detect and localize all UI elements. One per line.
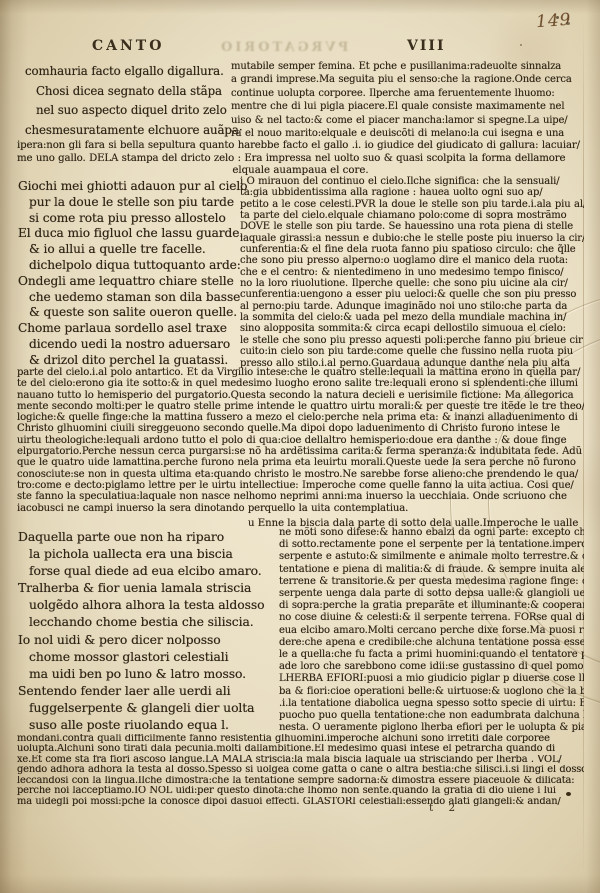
commentary-column-1: mutabile semper femina. Et pche e pusill… — [231, 60, 584, 140]
verse-line: fuggelserpente & glangeli dier uolta — [18, 699, 274, 716]
commentary-line: puocho puo quella tentatione:che non ead… — [279, 710, 584, 722]
commentary-line: ba & fiori:cioe operationi belle:& uirtu… — [279, 686, 584, 698]
commentary-line: Christo glhuomini ciuili sireggeuono sec… — [17, 423, 584, 434]
verse-column-2: Giochi mei ghiotti adauon pur al cielopu… — [18, 179, 234, 369]
commentary-line: di sotto.rectamente pone el serpente per… — [279, 539, 584, 551]
commentary-line: no cose diuine & celesti:& il serpente t… — [279, 612, 584, 624]
commentary-line: nesta. O ueramente piglono lherba efiori… — [279, 722, 584, 734]
commentary-line: terrene & transitorie.& per questa medes… — [279, 576, 584, 588]
running-header-canto: CANTO — [92, 38, 164, 54]
commentary-line: le a quella:che fu facta a primi huomini… — [279, 649, 584, 661]
verse-column-1: comhauria facto elgallo digallura.Chosi … — [25, 62, 231, 140]
verse-line: chesmesuratamente elchuore auãpa· — [25, 121, 231, 141]
verse-line: Chome parlaua sordello asel traxe — [18, 321, 234, 337]
verse-line: suso alle poste riuolando equa l. — [18, 716, 274, 733]
commentary-line: nauano tutto lo hemisperio del purgatori… — [17, 390, 584, 401]
verse-line: Tralherba & fior uenia lamala striscia — [18, 579, 274, 596]
commentary-line: laquale girassi:a nessun e dubio:che le … — [240, 233, 584, 244]
book-page: CANTO PVRGATORIO VIII 149 comhauria fact… — [0, 0, 600, 893]
commentary-line: gendo adhora adhora la testa al dosso.Sp… — [17, 765, 584, 775]
commentary-line: uiso & nel tacto:& come el piacer mancha… — [231, 114, 584, 127]
commentary-line: ade loro che sarebbono come idii:se gust… — [279, 661, 584, 673]
commentary-line: mutabile semper femina. Et pche e pusill… — [231, 60, 584, 73]
commentary-line: cuito:in cielo son piu tarde:come quelle… — [240, 346, 584, 357]
commentary-line: ipera:non gli fara si bella sepultura qu… — [17, 139, 584, 152]
verse-line: dichelpolo diqua tuttoquanto arde: — [18, 258, 234, 274]
commentary-line: che sono piu presso alperno:o uoglamo di… — [240, 255, 584, 266]
commentary-line: te del cielo:erono gia ite sotto:& in qu… — [17, 378, 584, 389]
commentary-line: mondani.contra quali difficilmente fanno… — [17, 734, 584, 744]
verse-line: Sentendo fender laer alle uerdi ali — [18, 682, 274, 699]
commentary-line: ne mõti sono difese:& hanno ebalzi da og… — [279, 527, 584, 539]
verse-line: pur la doue le stelle son piu tarde — [18, 195, 234, 211]
verse-line: lecchando chome bestia che siliscia. — [18, 613, 274, 630]
commentary-line: conosciute:se non in questa ultima eta:q… — [17, 469, 584, 480]
ink-speck — [520, 44, 522, 46]
commentary-column-2: i O mirauon del continuo el cielo.Ilche … — [240, 176, 584, 369]
verse-line: Ondegli ame lequattro chiare stelle — [18, 274, 234, 290]
commentary-line: uirtu theologiche:lequali ardono tutto e… — [17, 435, 584, 446]
commentary-line: dere:che apena e credibile:che alchuna t… — [279, 637, 584, 649]
verse-line: & queste son salite oueron quelle. — [18, 305, 234, 321]
commentary-line: ma uidegli poi mossi:pche la conosce dip… — [17, 797, 584, 807]
commentary-line: mente secondo molti:per le quatro stelle… — [17, 401, 584, 412]
commentary-line: petito a le cose celesti.PVR la doue le … — [240, 199, 584, 210]
verse-line: chome mossor glastori celestiali — [18, 648, 274, 665]
commentary-line: elpurgatorio.Perche nessun cerca purgars… — [17, 446, 584, 457]
commentary-line: cunferentia:uengono a esser piu ueloci:&… — [240, 289, 584, 300]
commentary-line: serpente e astuto:& similmente e animale… — [279, 551, 584, 563]
commentary-line: continue uolupta corporee. Ilperche ama … — [231, 87, 584, 100]
showthrough-ghost-text: PVRGATORIO — [218, 40, 348, 55]
commentary-fullwidth-1: ipera:non gli fara si bella sepultura qu… — [17, 139, 584, 165]
verse-line: che uedemo staman son dila basse — [18, 290, 234, 306]
verse-line: ma uidi ben po luno & latro mosso. — [18, 665, 274, 682]
commentary-line: uolupta.Alchuni sono tirati dala pecunia… — [17, 744, 584, 754]
commentary-line: me uno gallo. DELA stampa del dricto zel… — [17, 152, 584, 165]
verse-line: Chosi dicea segnato della stãpa — [25, 82, 231, 102]
commentary-line: parte del cielo.i.al polo antartico. Et … — [17, 367, 584, 378]
ink-speck — [566, 22, 570, 25]
commentary-line: che e el centro: & nientedimeno in uno m… — [240, 267, 584, 278]
commentary-line: no la loro riuolutione. Ilperche quelle:… — [240, 278, 584, 289]
commentary-line: iacobusci ne campi inuerso la sera dinot… — [17, 503, 584, 514]
verse-line: dicendo uedi la nostro aduersaro — [18, 337, 234, 353]
commentary-line: eua elcibo amaro.Molti cercano perche di… — [279, 625, 584, 637]
verse-line: la pichola uallecta era una biscia — [18, 545, 274, 562]
running-header-canto-number: VIII — [407, 38, 446, 54]
verse-line: si come rota piu presso allostelo — [18, 211, 234, 227]
verse-column-3: Daquella parte oue non ha riparola picho… — [18, 528, 274, 733]
commentary-line: perche noi lacceptiamo.IO NOL uidi:per q… — [17, 786, 584, 796]
commentary-line: le stelle che sono piu presso aquesti po… — [240, 335, 584, 346]
commentary-line: al perno:piu tarde. Adunque imaginãdo no… — [240, 301, 584, 312]
verse-line: & io allui a quelle tre facelle. — [18, 242, 234, 258]
commentary-line: ta:gia ubbidentissima alla ragione : hau… — [240, 187, 584, 198]
quire-signature-mark: t 2 — [429, 802, 461, 814]
commentary-fullwidth-2: parte del cielo.i.al polo antartico. Et … — [17, 367, 584, 514]
verse-line: El duca mio figluol che lassu guarde. — [18, 226, 234, 242]
commentary-centered-line: elquale auampaua el core. — [17, 165, 584, 176]
ink-speck — [566, 792, 571, 796]
verse-line: forse qual diede ad eua elcibo amaro. — [18, 562, 274, 579]
commentary-line: que le quatro uide lamattina.perche furo… — [17, 457, 584, 468]
commentary-line: tentatione e piena di malitia:& di fraud… — [279, 564, 584, 576]
commentary-line: cunferentia:& el fine dela ruota fanno p… — [240, 244, 584, 255]
commentary-line: a grandi imprese.Ma seguita piu el senso… — [231, 73, 584, 86]
commentary-line: sino alopposita sommita:& circa ecapi de… — [240, 323, 584, 334]
verse-line: comhauria facto elgallo digallura. — [25, 62, 231, 82]
commentary-line: LHERBA EFIORI:puosi a mio giudicio pigla… — [279, 673, 584, 685]
verse-line: Giochi mei ghiotti adauon pur al cielo — [18, 179, 234, 195]
commentary-line: i O mirauon del continuo el cielo.Ilche … — [240, 176, 584, 187]
commentary-line: la sommita del cielo:& uada pel mezo del… — [240, 312, 584, 323]
verse-line: Io nol uidi & pero dicer nolposso — [18, 631, 274, 648]
commentary-line: tro:come e decto:piglamo lettre per le u… — [17, 480, 584, 491]
commentary-line: leccandosi con la lingua.Ilche dimostra:… — [17, 776, 584, 786]
handwritten-folio-number: 149 — [535, 10, 572, 32]
ink-speck — [556, 16, 559, 19]
verse-line: nel suo aspecto diquel drito zelo — [25, 101, 231, 121]
commentary-line: ste fanno la speculatiua:laquale non nas… — [17, 491, 584, 502]
commentary-line: .i.la tentatione diabolica uegna spesso … — [279, 698, 584, 710]
commentary-line: logiche:& quelle finge:che la mattina fu… — [17, 412, 584, 423]
commentary-line: ta parte del cielo.elquale chiamano polo… — [240, 210, 584, 221]
commentary-line: DOVE le stelle son piu tarde. Se hauessi… — [240, 221, 584, 232]
commentary-line: xe.Et come sta fra fiori ascoso langue.L… — [17, 755, 584, 765]
commentary-line: serpente uenga dala parte di sotto depsa… — [279, 588, 584, 600]
commentary-line: mentre che di lui pigla piacere.El quale… — [231, 100, 584, 113]
commentary-line: di sopra:perche la gratia preparãte et i… — [279, 600, 584, 612]
verse-line: Daquella parte oue non ha riparo — [18, 528, 274, 545]
commentary-fullwidth-3: mondani.contra quali difficilmente fanno… — [17, 734, 584, 807]
verse-line: uolgẽdo alhora alhora la testa aldosso — [18, 596, 274, 613]
commentary-column-3: ne mõti sono difese:& hanno ebalzi da og… — [279, 527, 584, 734]
